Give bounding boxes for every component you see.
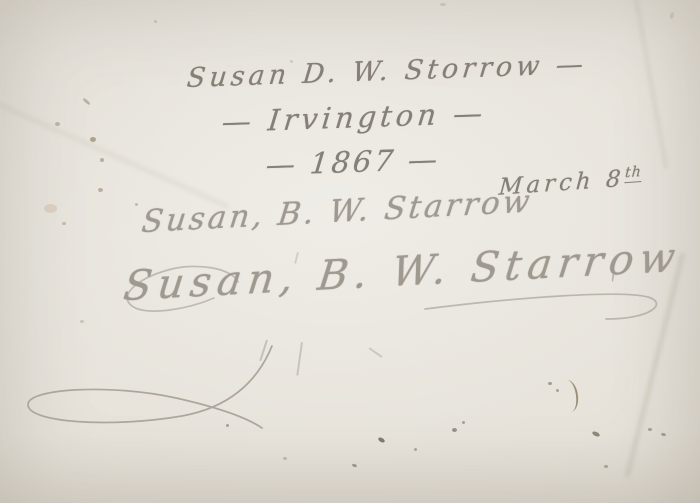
foxing-stain	[440, 3, 446, 6]
foxing-stain	[648, 428, 652, 431]
year-inscription: — 1867 —	[264, 142, 442, 182]
owner-inscription: Susan D. W. Storrow —	[185, 49, 588, 94]
foxing-stain	[135, 203, 138, 206]
paper-fold-left	[0, 97, 230, 210]
foxing-stain	[452, 428, 457, 432]
foxing-stain	[44, 204, 57, 213]
paper-fiber-mark	[558, 379, 580, 413]
foxing-stain	[226, 424, 229, 427]
foxing-stain	[55, 122, 60, 126]
pencil-signature: Susan, B. W. Starrow	[140, 183, 535, 240]
place-inscription: — Irvington —	[220, 96, 488, 139]
foxing-stain	[90, 137, 96, 142]
paper-crease-right	[624, 253, 685, 478]
foxing-stain	[98, 188, 103, 192]
pencil-stroke	[296, 342, 303, 376]
foxing-stain	[669, 12, 675, 20]
foxing-stain	[556, 389, 559, 392]
pencil-stroke	[259, 340, 268, 362]
foxing-stain	[283, 457, 287, 460]
foxing-stain	[80, 320, 84, 323]
foxing-stain	[604, 465, 608, 468]
foxing-stain	[62, 222, 66, 225]
date-ordinal-suffix: th	[624, 164, 642, 183]
foxing-stain	[462, 421, 465, 424]
foxing-stain	[82, 97, 91, 105]
pencil-stroke	[368, 347, 382, 358]
foxing-stain	[414, 448, 417, 451]
foxing-stain	[154, 20, 157, 23]
foxing-stain	[548, 382, 552, 385]
paper-crease-top-right	[632, 0, 668, 169]
foxing-stain	[377, 437, 385, 444]
foxing-stain	[592, 430, 601, 437]
flourished-signature: Susan, B. W. Starrow	[121, 233, 684, 311]
foxing-stain	[100, 158, 104, 162]
book-flyleaf-photo: Susan D. W. Storrow — — Irvington — — 18…	[0, 0, 700, 503]
foxing-stain	[661, 432, 667, 436]
foxing-stain	[352, 463, 358, 468]
